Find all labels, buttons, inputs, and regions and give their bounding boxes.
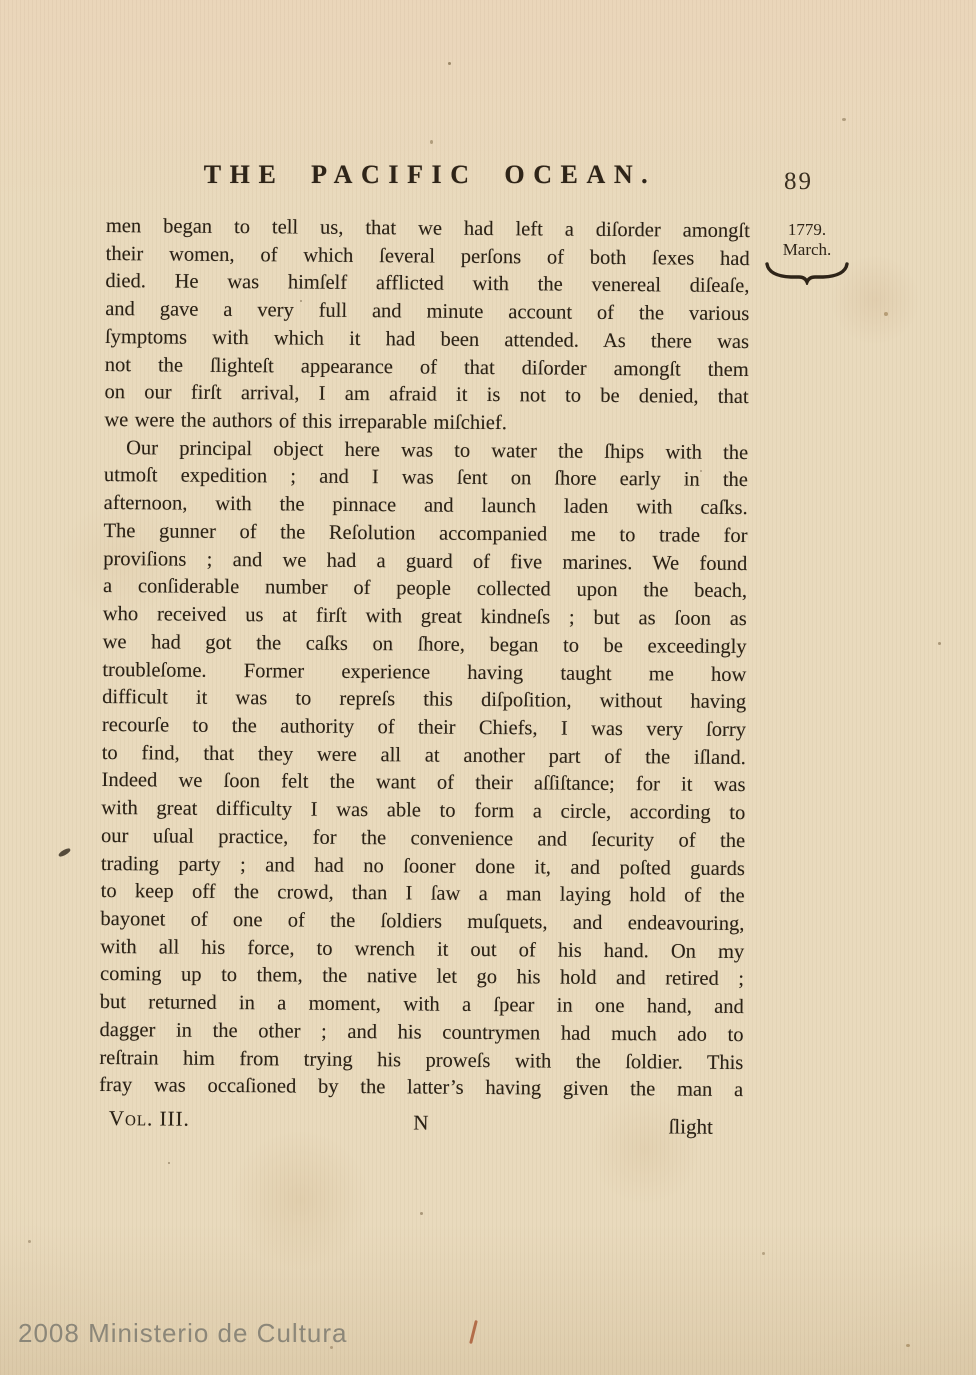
ink-fleck [58,847,72,858]
page-number: 89 [784,168,813,196]
body-text: men began to tell us, that we had left a… [99,213,750,1138]
pen-mark [469,1320,478,1344]
paper-speck [420,1212,423,1215]
paper-speck [842,118,846,121]
margin-brace-icon [763,261,851,285]
paper-speck [168,1162,170,1164]
gathering-signature: N [99,1107,743,1140]
margin-note-month: March. [752,240,862,260]
signature-line: Vol. III. N ſlight [99,1105,743,1138]
paper-speck [906,1344,910,1347]
running-title: THE PACIFIC OCEAN. [0,160,860,190]
book-page-scan: THE PACIFIC OCEAN. 89 1779. March. men b… [0,0,976,1375]
body-line: fray was occaſioned by the latter’s havi… [99,1072,743,1105]
paper-speck [762,1252,765,1255]
paper-speck [884,312,888,316]
paper-speck [448,62,451,65]
margin-date-note: 1779. March. [752,220,862,285]
catchword: ſlight [668,1113,713,1141]
paper-speck [938,642,941,645]
body-line: our uſual practice, for the convenience … [101,823,745,856]
paper-speck [28,1240,31,1243]
body-line: dagger in the other ; and his countrymen… [99,1017,743,1050]
digitization-watermark: 2008 Ministerio de Cultura [18,1318,348,1349]
body-line: ſymptoms with which it had been attended… [105,324,749,357]
margin-note-year: 1779. [752,220,862,240]
paper-speck [430,140,433,144]
body-line: we had got the caſks on ſhore, began to … [103,629,747,662]
